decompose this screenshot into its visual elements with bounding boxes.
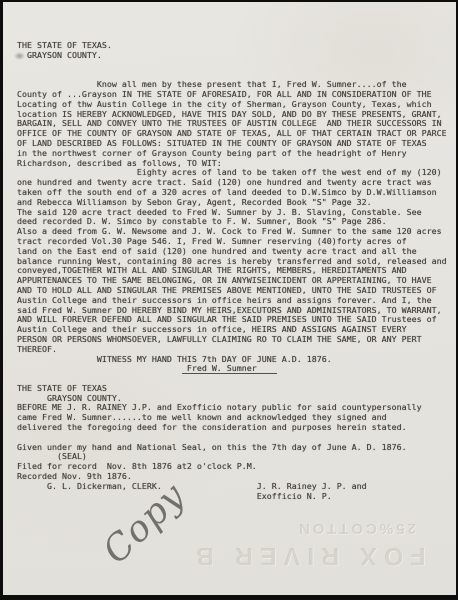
signature-underlined: Fred W. Sumner [182, 363, 277, 374]
photo-background: 25%COTTON FOX RIVER B THE STATE OF TEXAS… [0, 0, 458, 600]
typed-line: Fred W. Sumner [17, 364, 447, 374]
typed-line: GRAYSON COUNTY. [17, 51, 447, 61]
typed-line: delivered the foregoing deed for the con… [17, 423, 447, 433]
paper-page: 25%COTTON FOX RIVER B THE STATE OF TEXAS… [3, 2, 456, 595]
typed-line: Exofficio N. P. [17, 492, 447, 502]
typed-line [17, 61, 447, 71]
paper-watermark-cotton-text: 25%COTTON [296, 520, 416, 537]
typed-text: THE STATE OF TEXAS. GRAYSON COUNTY. Know… [17, 41, 447, 501]
typed-segment [17, 363, 182, 373]
typed-line: PERSON OR PERSONS WHOMSOEVER, LAWFULLY C… [17, 335, 447, 345]
paper-watermark-brand-text: FOX RIVER B [189, 541, 426, 570]
